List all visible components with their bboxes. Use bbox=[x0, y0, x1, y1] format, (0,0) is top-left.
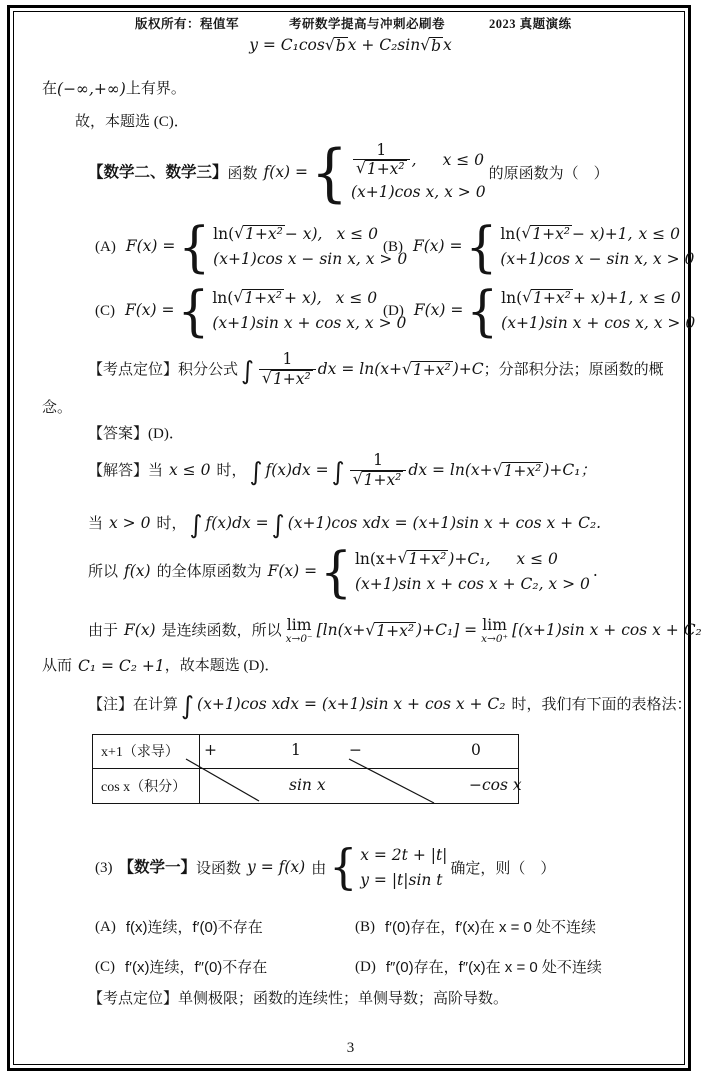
option-text: f″(0)存在，f″(x)在 x = 0 处不连续 bbox=[386, 957, 602, 978]
brace-icon: { bbox=[178, 223, 210, 272]
sqrt-b: √b bbox=[420, 37, 443, 56]
q2-kaodian-wrap: 念。 bbox=[42, 398, 72, 419]
table-cell-sinx: sin x bbox=[289, 776, 326, 794]
q3-fx: y = f(x) bbox=[247, 857, 305, 879]
table-cell-plus: + bbox=[204, 741, 217, 759]
radicand: 1+x² bbox=[407, 550, 449, 569]
text: 的全体原函数为 bbox=[157, 562, 262, 583]
tail: )+C₁, bbox=[448, 549, 490, 571]
radicand: 1+x² bbox=[271, 370, 313, 389]
kaodian-text: ；分部积分法；原函数的概 bbox=[484, 360, 664, 381]
brace-icon: { bbox=[466, 223, 498, 272]
q3-cases: { x = 2t + |t| y = |t|sin t bbox=[329, 845, 447, 891]
table-row-divider bbox=[93, 768, 518, 769]
sqrt: √1+x² bbox=[233, 289, 284, 308]
radicand: b bbox=[429, 37, 443, 56]
option-label: (B) bbox=[383, 237, 403, 258]
q2-answer: 【答案】(D)． bbox=[88, 424, 184, 445]
radicand: 1+x² bbox=[362, 471, 404, 490]
option-label: (C) bbox=[95, 957, 115, 978]
case-bottom: (x+1)sin x + cos x + C₂, x > 0 bbox=[355, 574, 590, 596]
q2-note: 【注】在计算 ∫ (x+1)cos xdx = (x+1)sin x + cos… bbox=[88, 688, 692, 722]
option-label: (B) bbox=[355, 917, 375, 938]
lim-subscript: x→0⁺ bbox=[481, 634, 508, 645]
ln: ln( bbox=[212, 288, 233, 310]
integral-icon: ∫ bbox=[241, 358, 254, 383]
condition: x ≤ 0 bbox=[337, 224, 378, 246]
integral-icon: ∫ bbox=[249, 459, 262, 484]
condition: x > 0 bbox=[109, 513, 150, 535]
case-bottom: (x+1)sin x + cos x, x > 0 bbox=[501, 313, 695, 335]
table-cell-negcosx: −cos x bbox=[469, 776, 522, 794]
case-top: ln(x+ √1+x² )+C₁, x ≤ 0 bbox=[355, 549, 558, 571]
condition: x ≤ 0 bbox=[516, 549, 557, 571]
q2-stem-pre: 函数 bbox=[228, 163, 258, 184]
case-top: x = 2t + |t| bbox=[360, 845, 447, 867]
formula-part: y = C₁cos bbox=[249, 35, 325, 57]
text: 在 bbox=[42, 79, 57, 100]
option-text: f′(x)连续，f″(0)不存在 bbox=[125, 957, 267, 978]
sqrt: √1+x² bbox=[234, 225, 285, 244]
q2-tag: 【数学二、数学三】 bbox=[88, 162, 228, 184]
formula-part: f(x)dx = bbox=[266, 460, 329, 482]
q2-option-b: (B) F(x) = { ln( √1+x² − x)+1, x ≤ 0 (x+… bbox=[383, 219, 697, 275]
ln: ln(x+ bbox=[355, 549, 398, 571]
sqrt: √1+x² bbox=[493, 462, 544, 481]
kaodian-label: 【考点定位】积分公式 bbox=[88, 360, 238, 381]
header-book-title: 考研数学提高与冲刺必刷卷 bbox=[289, 14, 445, 32]
header-copyright: 版权所有：程值军 bbox=[135, 14, 239, 32]
q2-stem-post: 的原函数为（ ） bbox=[489, 163, 609, 184]
sqrt: √1+x² bbox=[522, 289, 573, 308]
condition: x ≤ 0 bbox=[336, 288, 377, 310]
case-bottom: y = |t|sin t bbox=[360, 870, 442, 892]
sqrt: √1+x² bbox=[398, 550, 449, 569]
case-top: ln( √1+x² − x), x ≤ 0 bbox=[213, 224, 378, 246]
q2-case-top: 1 √1+x² , x ≤ 0 bbox=[351, 142, 484, 179]
formula-part: (x+1)cos xdx = (x+1)sin x + cos x + C₂ bbox=[197, 694, 505, 716]
tail: + x), bbox=[284, 288, 322, 310]
lim-subscript: x→0⁻ bbox=[286, 634, 313, 645]
limit-left: lim x→0⁻ bbox=[286, 618, 313, 645]
option-fx: F(x) = bbox=[413, 236, 463, 258]
q2-cases: { 1 √1+x² , x ≤ 0 (x+1)cos x, x > 0 bbox=[311, 142, 486, 204]
q3-option-a: (A) f(x)连续，f′(0)不存在 bbox=[95, 917, 263, 938]
brace-icon: { bbox=[466, 287, 498, 336]
text: 上有界。 bbox=[126, 79, 186, 100]
case-bottom: (x+1)cos x − sin x, x > 0 bbox=[213, 249, 407, 271]
formula-part: f(x)dx = bbox=[206, 513, 269, 535]
q2-solution-5: 从而 C₁ = C₂ +1 ，故本题选 (D)． bbox=[42, 656, 279, 678]
table-column-divider bbox=[199, 735, 200, 803]
formula-part: (x+1)cos xdx = (x+1)sin x + cos x + C₂. bbox=[288, 513, 601, 535]
radicand: 1+x² bbox=[530, 225, 572, 244]
formula-part: F(x) bbox=[124, 620, 156, 642]
radicand: 1+x² bbox=[365, 160, 407, 179]
case-top: ln( √1+x² + x), x ≤ 0 bbox=[212, 288, 377, 310]
option-cases: { ln( √1+x² + x)+1, x ≤ 0 (x+1)sin x + c… bbox=[466, 288, 695, 334]
option-cases: { ln( √1+x² − x), x ≤ 0 (x+1)cos x − sin… bbox=[178, 224, 407, 270]
ln: ln( bbox=[500, 224, 521, 246]
fraction: 1 √1+x² bbox=[259, 351, 316, 388]
option-cases: { ln( √1+x² + x), x ≤ 0 (x+1)sin x + cos… bbox=[178, 288, 407, 334]
q2-solution-2: 当 x > 0 时， ∫ f(x)dx = ∫ (x+1)cos xdx = (… bbox=[88, 509, 601, 539]
integral-icon: ∫ bbox=[189, 512, 202, 537]
q3-stem-mid: 由 bbox=[311, 858, 326, 879]
q2-solution-4: 由于 F(x) 是连续函数，所以 lim x→0⁻ [ln(x+ √1+x² )… bbox=[88, 606, 701, 656]
page: { "symbols": { "sqrt": "√", "integral": … bbox=[0, 0, 701, 1079]
q3-stem-pre: 设函数 bbox=[196, 858, 241, 879]
text: 由于 bbox=[88, 621, 118, 642]
q3-stem: (3) 【数学一】 设函数 y = f(x) 由 { x = 2t + |t| … bbox=[95, 837, 555, 899]
case-top: ln( √1+x² + x)+1, x ≤ 0 bbox=[501, 288, 681, 310]
note-label: 【注】在计算 bbox=[88, 695, 178, 716]
formula-part: f(x) bbox=[124, 561, 151, 583]
formula-part: )+C₁] = bbox=[416, 620, 477, 642]
page-number: 3 bbox=[0, 1038, 701, 1059]
tail: − x)+1, bbox=[572, 224, 632, 246]
radicand: 1+x² bbox=[242, 289, 284, 308]
formula-general-solution: y = C₁cos √b x + C₂sin √b x bbox=[0, 33, 701, 59]
q2-solution-1: 【解答】当 x ≤ 0 时， ∫ f(x)dx = ∫ 1 √1+x² dx =… bbox=[88, 445, 596, 497]
sqrt: √1+x² bbox=[356, 160, 407, 179]
condition: x ≤ 0 bbox=[639, 288, 680, 310]
limit-right: lim x→0⁺ bbox=[481, 618, 508, 645]
formula-part: C₁ = C₂ +1 bbox=[78, 656, 165, 678]
sqrt: √1+x² bbox=[262, 370, 313, 389]
formula-part: )+C bbox=[453, 359, 484, 381]
q3-number: (3) bbox=[95, 858, 113, 879]
q3-option-b: (B) f′(0)存在，f′(x)在 x = 0 处不连续 bbox=[355, 917, 596, 938]
text: 是连续函数，所以 bbox=[162, 621, 282, 642]
q2-case-bottom: (x+1)cos x, x > 0 bbox=[351, 182, 486, 204]
option-fx: F(x) = bbox=[125, 300, 175, 322]
sqrt: √1+x² bbox=[402, 361, 453, 380]
option-cases: { ln( √1+x² − x)+1, x ≤ 0 (x+1)cos x − s… bbox=[466, 224, 695, 270]
sqrt: √1+x² bbox=[365, 622, 416, 641]
q3-option-c: (C) f′(x)连续，f″(0)不存在 bbox=[95, 957, 267, 978]
numerator: 1 bbox=[376, 142, 386, 159]
q2-option-a: (A) F(x) = { ln( √1+x² − x), x ≤ 0 (x+1)… bbox=[95, 219, 410, 275]
line-bounded: 在 (−∞,+∞) 上有界。 bbox=[42, 79, 186, 101]
option-label: (A) bbox=[95, 917, 116, 938]
text: ，故本题选 (D)． bbox=[165, 656, 280, 677]
option-label: (A) bbox=[95, 237, 116, 258]
period: . bbox=[593, 561, 598, 583]
line-conclusion-q1: 故，本题选 (C)． bbox=[75, 112, 189, 133]
condition: x ≤ 0 bbox=[639, 224, 680, 246]
table-cell-minus: − bbox=[349, 741, 362, 759]
tail: − x), bbox=[285, 224, 323, 246]
formula-part: x + C₂sin bbox=[348, 35, 421, 57]
brace-icon: { bbox=[311, 145, 348, 201]
comma: , bbox=[412, 150, 417, 172]
fraction: 1 √1+x² bbox=[353, 142, 410, 179]
text: 当 bbox=[88, 514, 103, 535]
radicand: 1+x² bbox=[374, 622, 416, 641]
diagonal-arrow-1 bbox=[186, 759, 259, 801]
interval: (−∞,+∞) bbox=[57, 79, 126, 101]
table-cell-zero: 0 bbox=[471, 741, 481, 759]
text: 【解答】当 bbox=[88, 461, 163, 482]
formula-part: F(x) = bbox=[268, 561, 318, 583]
case-top: ln( √1+x² − x)+1, x ≤ 0 bbox=[500, 224, 680, 246]
q2-kaodian: 【考点定位】积分公式 ∫ 1 √1+x² dx = ln(x+ √1+x² )+… bbox=[88, 345, 664, 395]
formula-part: [(x+1)sin x + cos x + C₂]， bbox=[512, 620, 701, 642]
numerator: 1 bbox=[373, 452, 383, 469]
formula-part: [ln(x+ bbox=[317, 620, 366, 642]
q2-solution-3: 所以 f(x) 的全体原函数为 F(x) = { ln(x+ √1+x² )+C… bbox=[88, 541, 598, 603]
fraction: 1 √1+x² bbox=[350, 452, 407, 489]
sqrt: √1+x² bbox=[521, 225, 572, 244]
condition: x ≤ 0 bbox=[443, 150, 484, 172]
q3-kaodian: 【考点定位】单侧极限；函数的连续性；单侧导数；高阶导数。 bbox=[88, 989, 508, 1010]
brace-icon: { bbox=[320, 548, 352, 597]
lim-word: lim bbox=[287, 618, 312, 634]
sqrt: √1+x² bbox=[353, 471, 404, 490]
table-row2-label: cos x（积分） bbox=[101, 776, 186, 796]
cases: { ln(x+ √1+x² )+C₁, x ≤ 0 (x+1)sin x + c… bbox=[320, 549, 590, 595]
condition: x ≤ 0 bbox=[169, 460, 210, 482]
option-label: (C) bbox=[95, 301, 115, 322]
option-fx: F(x) = bbox=[414, 300, 464, 322]
option-text: f(x)连续，f′(0)不存在 bbox=[126, 917, 263, 938]
q2-option-c: (C) F(x) = { ln( √1+x² + x), x ≤ 0 (x+1)… bbox=[95, 283, 409, 339]
formula-part: )+C₁； bbox=[543, 460, 596, 482]
tabular-integration-table: x+1（求导） + 1 − 0 cos x（积分） sin x −cos x bbox=[92, 734, 519, 804]
q3-tag: 【数学一】 bbox=[119, 857, 197, 879]
radicand: 1+x² bbox=[531, 289, 573, 308]
option-label: (D) bbox=[355, 957, 376, 978]
q3-stem-post: 确定，则（ ） bbox=[450, 858, 555, 879]
case-bottom: (x+1)cos x − sin x, x > 0 bbox=[500, 249, 694, 271]
formula-part: dx = ln(x+ bbox=[318, 359, 402, 381]
option-fx: F(x) = bbox=[126, 236, 176, 258]
note-text: 时，我们有下面的表格法： bbox=[512, 695, 692, 716]
case-bottom: (x+1)sin x + cos x, x > 0 bbox=[212, 313, 406, 335]
radicand: 1+x² bbox=[243, 225, 285, 244]
formula-part: dx = ln(x+ bbox=[408, 460, 492, 482]
q2-stem: 【数学二、数学三】 函数 f(x) = { 1 √1+x² , x ≤ 0 (x… bbox=[88, 142, 609, 204]
table-cell-one: 1 bbox=[291, 741, 301, 759]
q3-option-d: (D) f″(0)存在，f″(x)在 x = 0 处不连续 bbox=[355, 957, 602, 978]
q2-option-d: (D) F(x) = { ln( √1+x² + x)+1, x ≤ 0 (x+… bbox=[383, 283, 698, 339]
radicand: 1+x² bbox=[411, 361, 453, 380]
brace-icon: { bbox=[329, 847, 357, 890]
diagonal-arrow-2 bbox=[349, 759, 434, 803]
numerator: 1 bbox=[282, 351, 292, 368]
integral-icon: ∫ bbox=[181, 693, 194, 718]
integral-icon: ∫ bbox=[272, 512, 285, 537]
ln: ln( bbox=[501, 288, 522, 310]
brace-icon: { bbox=[178, 287, 210, 336]
q2-fx: f(x) = bbox=[264, 162, 309, 184]
table-row1-label: x+1（求导） bbox=[101, 741, 179, 761]
header-edition: 2023 真题演练 bbox=[489, 14, 572, 32]
option-label: (D) bbox=[383, 301, 404, 322]
formula-part: x bbox=[443, 35, 452, 57]
text: 从而 bbox=[42, 656, 72, 677]
sqrt-b: √b bbox=[325, 37, 348, 56]
option-text: f′(0)存在，f′(x)在 x = 0 处不连续 bbox=[385, 917, 596, 938]
ln: ln( bbox=[213, 224, 234, 246]
text: 时， bbox=[216, 461, 246, 482]
radicand: b bbox=[334, 37, 348, 56]
integral-icon: ∫ bbox=[332, 459, 345, 484]
text: 所以 bbox=[88, 562, 118, 583]
lim-word: lim bbox=[482, 618, 507, 634]
tail: + x)+1, bbox=[573, 288, 633, 310]
text: 时， bbox=[156, 514, 186, 535]
radicand: 1+x² bbox=[502, 462, 544, 481]
